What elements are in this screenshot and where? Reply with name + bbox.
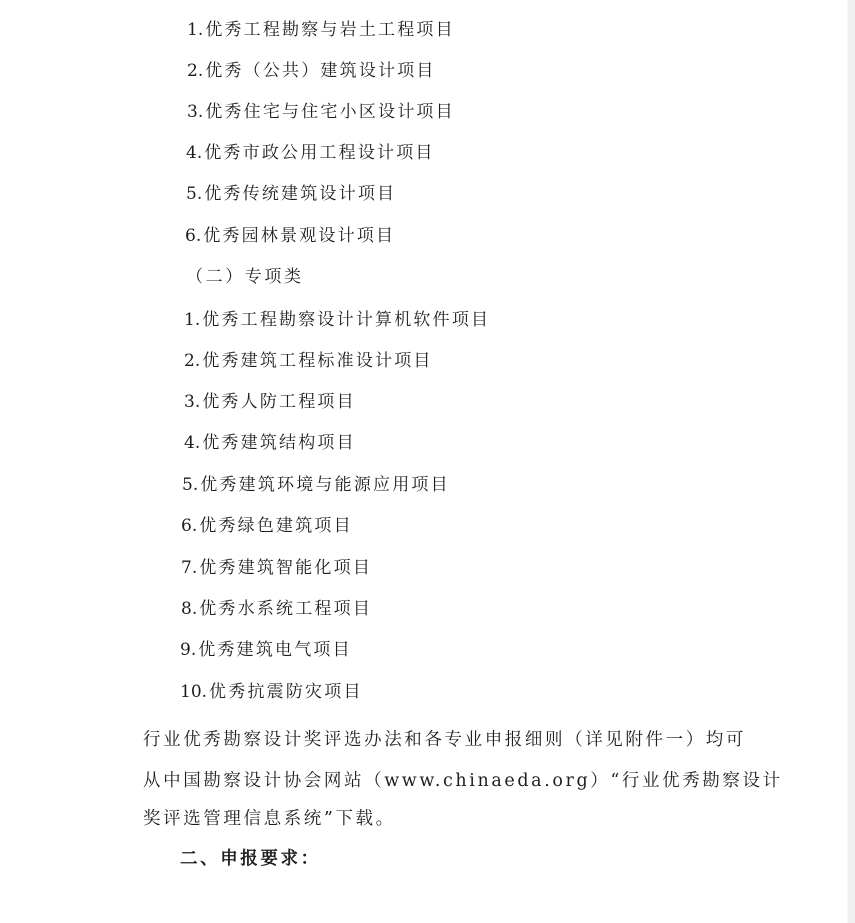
list-item: 6.优秀绿色建筑项目 [181,515,353,537]
list-item-text: 优秀工程勘察设计计算机软件项目 [202,310,490,330]
list-item: 9.优秀建筑电气项目 [180,639,352,661]
list-item: 1.优秀工程勘察与岩土工程项目 [187,19,455,41]
list-item-number: 6. [185,226,201,246]
list-item: 4.优秀市政公用工程设计项目 [186,142,435,164]
list-item: 2.优秀（公共）建筑设计项目 [187,60,436,82]
list-item-text: 优秀人防工程项目 [202,392,356,412]
list-item-text: 优秀建筑智能化项目 [199,558,372,578]
list-item-number: 3. [184,392,200,412]
list-item-text: 优秀市政公用工程设计项目 [204,143,434,163]
list-item: 4.优秀建筑结构项目 [184,432,356,454]
list-item-text: 优秀建筑结构项目 [202,433,356,453]
list-item: 7.优秀建筑智能化项目 [181,557,372,579]
list-item: 3.优秀人防工程项目 [184,391,356,413]
list-item-text: 优秀绿色建筑项目 [199,516,353,536]
list-item-text: 优秀传统建筑设计项目 [204,184,396,204]
list-item-number: 4. [184,433,200,453]
list-item-text: 优秀水系统工程项目 [199,599,372,619]
list-item: 3.优秀住宅与住宅小区设计项目 [187,101,455,123]
list-item-number: 1. [184,310,200,330]
list-item: 2.优秀建筑工程标准设计项目 [184,350,433,372]
list-item-text: 优秀建筑工程标准设计项目 [202,351,432,371]
list-item-number: 6. [181,516,197,536]
list-item-number: 4. [186,143,202,163]
list-item-number: 3. [187,102,203,122]
list-item-text: 优秀建筑环境与能源应用项目 [200,475,450,495]
paragraph-line: 行业优秀勘察设计奖评选办法和各专业申报细则（详见附件一）均可 [143,729,746,751]
list-item-number: 8. [181,599,197,619]
list-item: 6.优秀园林景观设计项目 [185,225,395,247]
document-page: 1.优秀工程勘察与岩土工程项目 2.优秀（公共）建筑设计项目 3.优秀住宅与住宅… [0,0,847,923]
list-item-number: 9. [180,640,196,660]
list-item-text: 优秀抗震防灾项目 [209,682,363,702]
paragraph-line: 从中国勘察设计协会网站（www.chinaeda.org）“行业优秀勘察设计 [143,770,783,792]
page-edge-divider [847,0,855,923]
list-item-number: 2. [184,351,200,371]
list-item-number: 5. [186,184,202,204]
list-item-text: 优秀园林景观设计项目 [203,226,395,246]
section-title: （二）专项类 [186,266,304,288]
list-item: 10.优秀抗震防灾项目 [180,681,363,703]
list-item-number: 7. [181,558,197,578]
list-item-number: 10. [180,682,207,702]
list-item: 1.优秀工程勘察设计计算机软件项目 [184,309,490,331]
list-item: 5.优秀传统建筑设计项目 [186,183,396,205]
list-item-text: 优秀住宅与住宅小区设计项目 [205,102,455,122]
list-item: 5.优秀建筑环境与能源应用项目 [182,474,450,496]
section-heading: 二、申报要求： [180,848,321,870]
list-item: 8.优秀水系统工程项目 [181,598,372,620]
list-item-number: 1. [187,20,203,40]
list-item-number: 5. [182,475,198,495]
list-item-text: 优秀工程勘察与岩土工程项目 [205,20,455,40]
paragraph-line: 奖评选管理信息系统”下载。 [143,808,396,830]
list-item-text: 优秀建筑电气项目 [198,640,352,660]
list-item-text: 优秀（公共）建筑设计项目 [205,61,435,81]
list-item-number: 2. [187,61,203,81]
